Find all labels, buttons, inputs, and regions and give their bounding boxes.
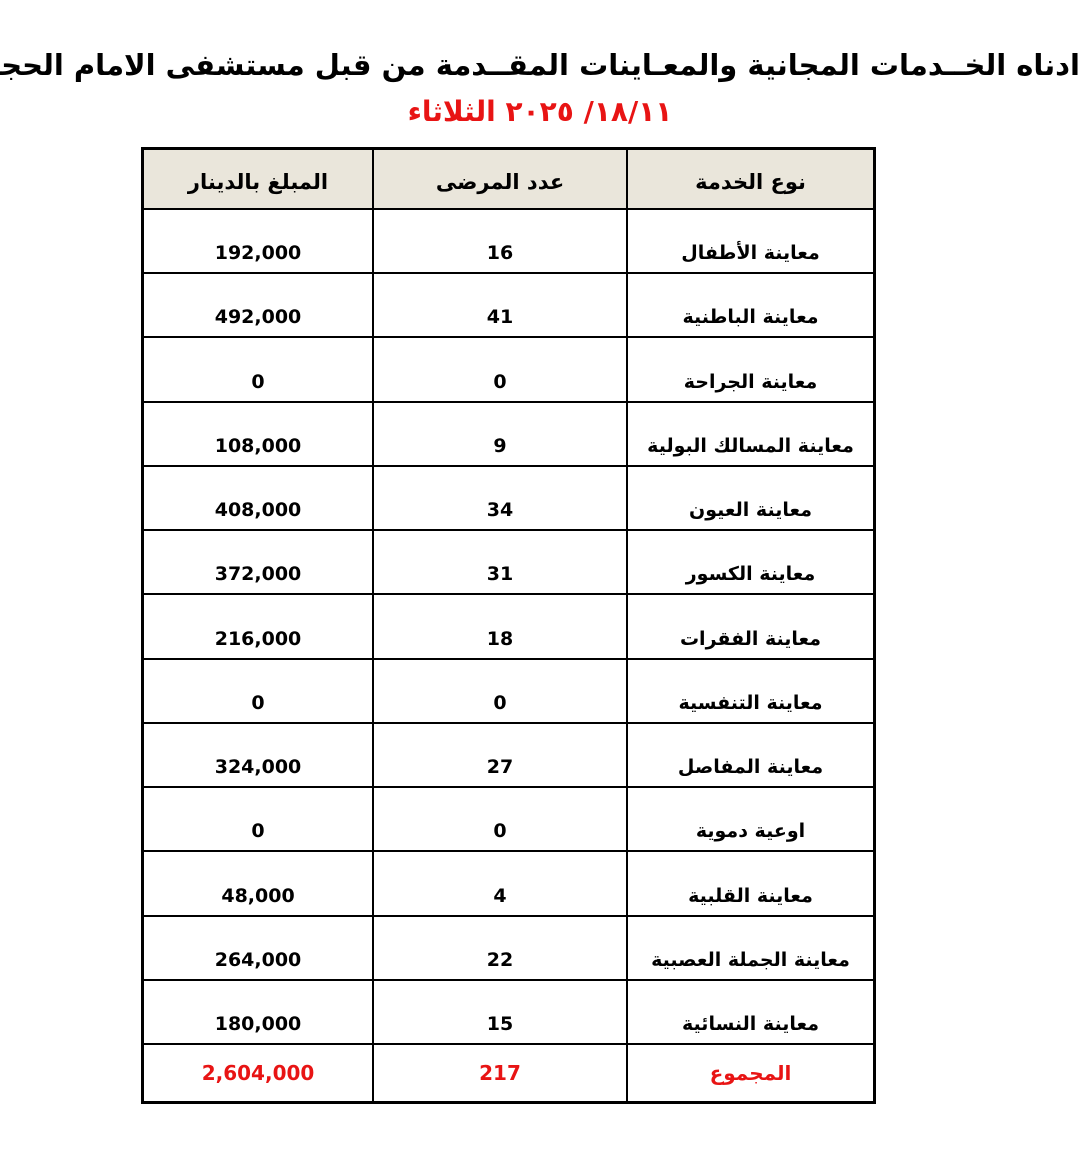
- title-main-text: ادناه الخــدمات المجانية والمعـاينات الم…: [0, 48, 1080, 82]
- cell-amount: 216,000: [143, 594, 373, 658]
- total-amount: 2,604,000: [143, 1044, 373, 1102]
- table-row: معاينة الجملة العصبية22264,000: [143, 916, 874, 980]
- cell-amount: 408,000: [143, 466, 373, 530]
- cell-amount: 108,000: [143, 402, 373, 466]
- cell-amount: 324,000: [143, 723, 373, 787]
- header-service-type: نوع الخدمة: [627, 149, 874, 209]
- table-row: معاينة المسالك البولية9108,000: [143, 402, 874, 466]
- cell-patients: 27: [373, 723, 627, 787]
- cell-service: معاينة العيون: [627, 466, 874, 530]
- cell-amount: 492,000: [143, 273, 373, 337]
- header-amount-dinar: المبلغ بالدينار: [143, 149, 373, 209]
- cell-amount: 192,000: [143, 209, 373, 273]
- cell-service: معاينة الأطفال: [627, 209, 874, 273]
- title-block: ادناه الخــدمات المجانية والمعـاينات الم…: [0, 40, 1080, 134]
- cell-amount: 0: [143, 659, 373, 723]
- cell-patients: 15: [373, 980, 627, 1044]
- cell-service: اوعية دموية: [627, 787, 874, 851]
- table-row: معاينة الأطفال16192,000: [143, 209, 874, 273]
- cell-amount: 48,000: [143, 851, 373, 915]
- table-body: معاينة الأطفال16192,000معاينة الباطنية41…: [143, 209, 874, 1044]
- cell-patients: 0: [373, 659, 627, 723]
- document-date: ١٨/١١/ ٢٠٢٥ الثلاثاء: [0, 90, 1080, 134]
- cell-patients: 22: [373, 916, 627, 980]
- cell-patients: 31: [373, 530, 627, 594]
- table-row: معاينة الفقرات18216,000: [143, 594, 874, 658]
- cell-patients: 4: [373, 851, 627, 915]
- table-row: معاينة القلبية448,000: [143, 851, 874, 915]
- cell-patients: 34: [373, 466, 627, 530]
- cell-patients: 41: [373, 273, 627, 337]
- table-total-row: المجموع 217 2,604,000: [143, 1044, 874, 1102]
- cell-service: معاينة المفاصل: [627, 723, 874, 787]
- header-patient-count: عدد المرضى: [373, 149, 627, 209]
- total-patient-count: 217: [373, 1044, 627, 1102]
- table-row: معاينة الكسور31372,000: [143, 530, 874, 594]
- cell-patients: 0: [373, 787, 627, 851]
- cell-service: معاينة الكسور: [627, 530, 874, 594]
- table-header-row: نوع الخدمة عدد المرضى المبلغ بالدينار: [143, 149, 874, 209]
- cell-amount: 264,000: [143, 916, 373, 980]
- table-row: معاينة التنفسية00: [143, 659, 874, 723]
- cell-patients: 0: [373, 337, 627, 401]
- cell-patients: 9: [373, 402, 627, 466]
- cell-service: معاينة الفقرات: [627, 594, 874, 658]
- cell-service: معاينة الجراحة: [627, 337, 874, 401]
- cell-patients: 18: [373, 594, 627, 658]
- table-row: معاينة الباطنية41492,000: [143, 273, 874, 337]
- table-row: معاينة المفاصل27324,000: [143, 723, 874, 787]
- cell-service: معاينة المسالك البولية: [627, 402, 874, 466]
- cell-patients: 16: [373, 209, 627, 273]
- cell-service: معاينة الجملة العصبية: [627, 916, 874, 980]
- table-row: اوعية دموية00: [143, 787, 874, 851]
- document-title: ادناه الخــدمات المجانية والمعـاينات الم…: [0, 40, 1080, 90]
- services-table: نوع الخدمة عدد المرضى المبلغ بالدينار مع…: [141, 147, 876, 1104]
- total-label: المجموع: [627, 1044, 874, 1102]
- table-row: معاينة الجراحة00: [143, 337, 874, 401]
- table-row: معاينة العيون34408,000: [143, 466, 874, 530]
- cell-service: معاينة القلبية: [627, 851, 874, 915]
- table-row: معاينة النسائية15180,000: [143, 980, 874, 1044]
- cell-amount: 0: [143, 787, 373, 851]
- cell-service: معاينة الباطنية: [627, 273, 874, 337]
- document-page: ادناه الخــدمات المجانية والمعـاينات الم…: [0, 0, 1080, 1155]
- cell-amount: 180,000: [143, 980, 373, 1044]
- cell-service: معاينة النسائية: [627, 980, 874, 1044]
- cell-amount: 372,000: [143, 530, 373, 594]
- cell-amount: 0: [143, 337, 373, 401]
- cell-service: معاينة التنفسية: [627, 659, 874, 723]
